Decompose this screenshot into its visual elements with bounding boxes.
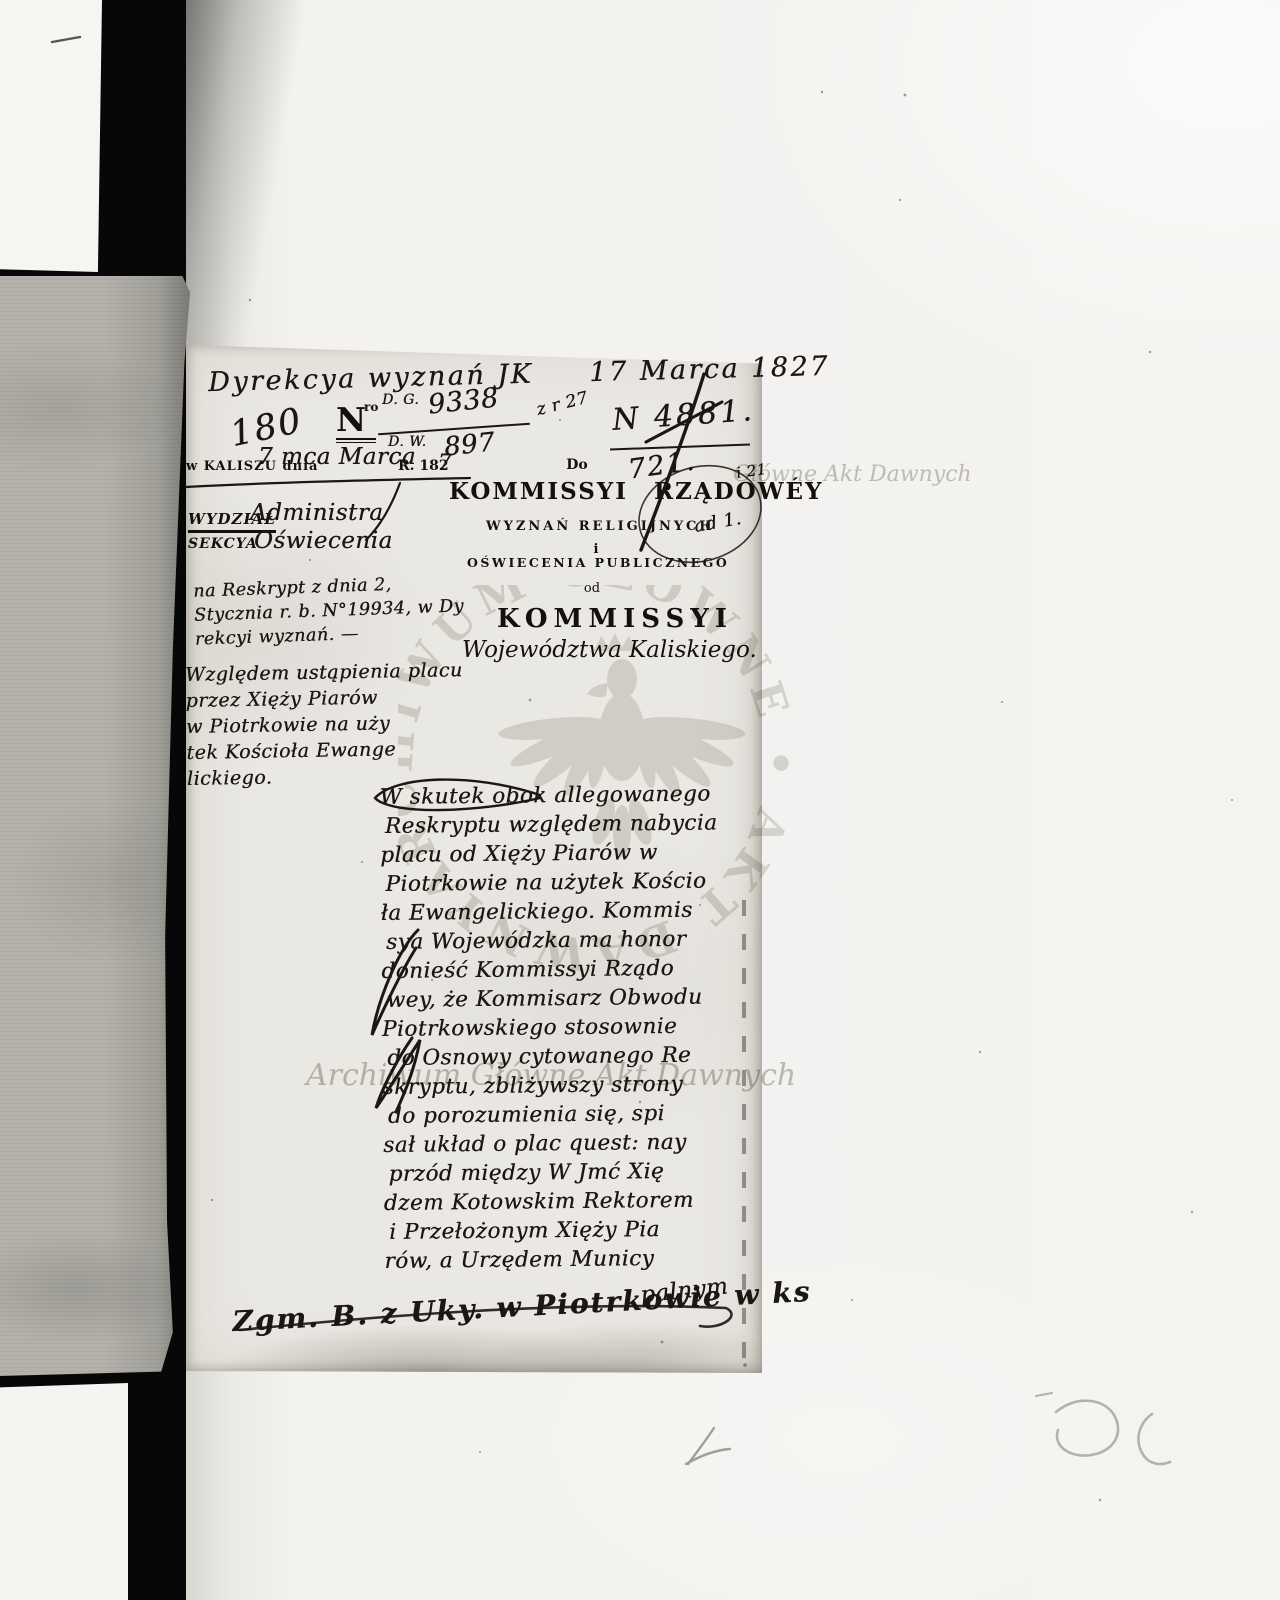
letterhead-religions-line: WYZNAŃ RELIGIJNYCH [486,519,698,534]
sekcya-label: SEKCYA [188,536,258,552]
body-line: wey, że Kommisarz Obwodu [387,982,762,1015]
margin-reference-note: na Reskrypt z dnia 2, Stycznia r. b. N°1… [193,572,410,651]
left-book-page-edge [0,276,192,1376]
body-line: donieść Kommissyi Rządo [381,953,761,986]
number-suffix: z r 27 [534,388,590,420]
body-line: skryptu, zbliżywszy strony [382,1069,762,1102]
scanned-archival-document-photo: Dyrekcya wyznań JK17 Marca 1827 180 N ro… [0,0,1280,1600]
body-line: do Osnowy cytowanego Re [387,1040,762,1073]
wydzial-value: Administra [250,500,383,526]
number-letter: N [336,400,366,439]
body-line: i Przełożonym Xięży Pia [389,1214,764,1247]
body-line: sał układ o plac quest: nay [383,1127,763,1160]
body-line: W skutek obok allegowanego [379,779,759,812]
body-line: Piotrkowskiego stosownie [382,1011,762,1044]
body-line: placu od Xięży Piarów w [380,837,760,870]
body-line: Piotrkowie na użytek Kościo [385,866,760,899]
body-line: dzem Kotowskim Rektorem [384,1185,764,1218]
body-line: Reskryptu względem nabycia [385,808,760,841]
dateline-year-digit: 7 [438,450,452,474]
dept-top-label: D. G. [382,392,419,408]
page-corner-top-left [0,0,102,272]
body-line: do porozumienia się, spi [388,1098,763,1131]
margin-line: przez Xięży Piarów [185,684,415,714]
page-crease-dashes [742,900,746,1370]
sekcya-value: Oświecenia [254,528,393,554]
letter-body: W skutek obok allegowanego Reskryptu wzg… [379,779,764,1276]
letterhead-commission2: KOMMISSYI [497,604,687,634]
dept-top-value: 9338 [427,382,501,420]
dispatch-date: 17 Marca 1827 [589,351,830,388]
spacer [533,381,589,382]
body-line: sya Wojewódzka ma honor [386,924,761,957]
letterhead-education-line: OŚWIECENIA PUBLICZNEGO [467,555,705,570]
letterhead-commission-line: KOMMISSYI RZĄDOWÉY [449,478,755,505]
margin-line: tek Kościoła Ewange [186,736,416,766]
page-corner-bottom-left [0,1383,128,1600]
dateline-day-month: 7 mca Marca [258,444,416,470]
margin-line: w Piotrkowie na uży [186,710,416,740]
letterhead-voivodeship: Województwa Kaliskiego. [462,637,710,663]
letterhead-to: Do [562,457,592,473]
body-line: rów, a Urzędem Municy [384,1243,764,1276]
body-line: ła Ewangelickiego. Kommis [381,895,761,928]
letterhead-from: od [580,581,604,596]
body-line: przód między W Jmć Xię [388,1156,763,1189]
number-double-underline [336,438,376,443]
book-gutter-shadow [186,0,336,380]
number-superscript: ro [364,400,378,414]
margin-line: Względem ustąpienia placu [185,658,415,688]
margin-subject-note: Względem ustąpienia placu przez Xięży Pi… [185,658,417,792]
